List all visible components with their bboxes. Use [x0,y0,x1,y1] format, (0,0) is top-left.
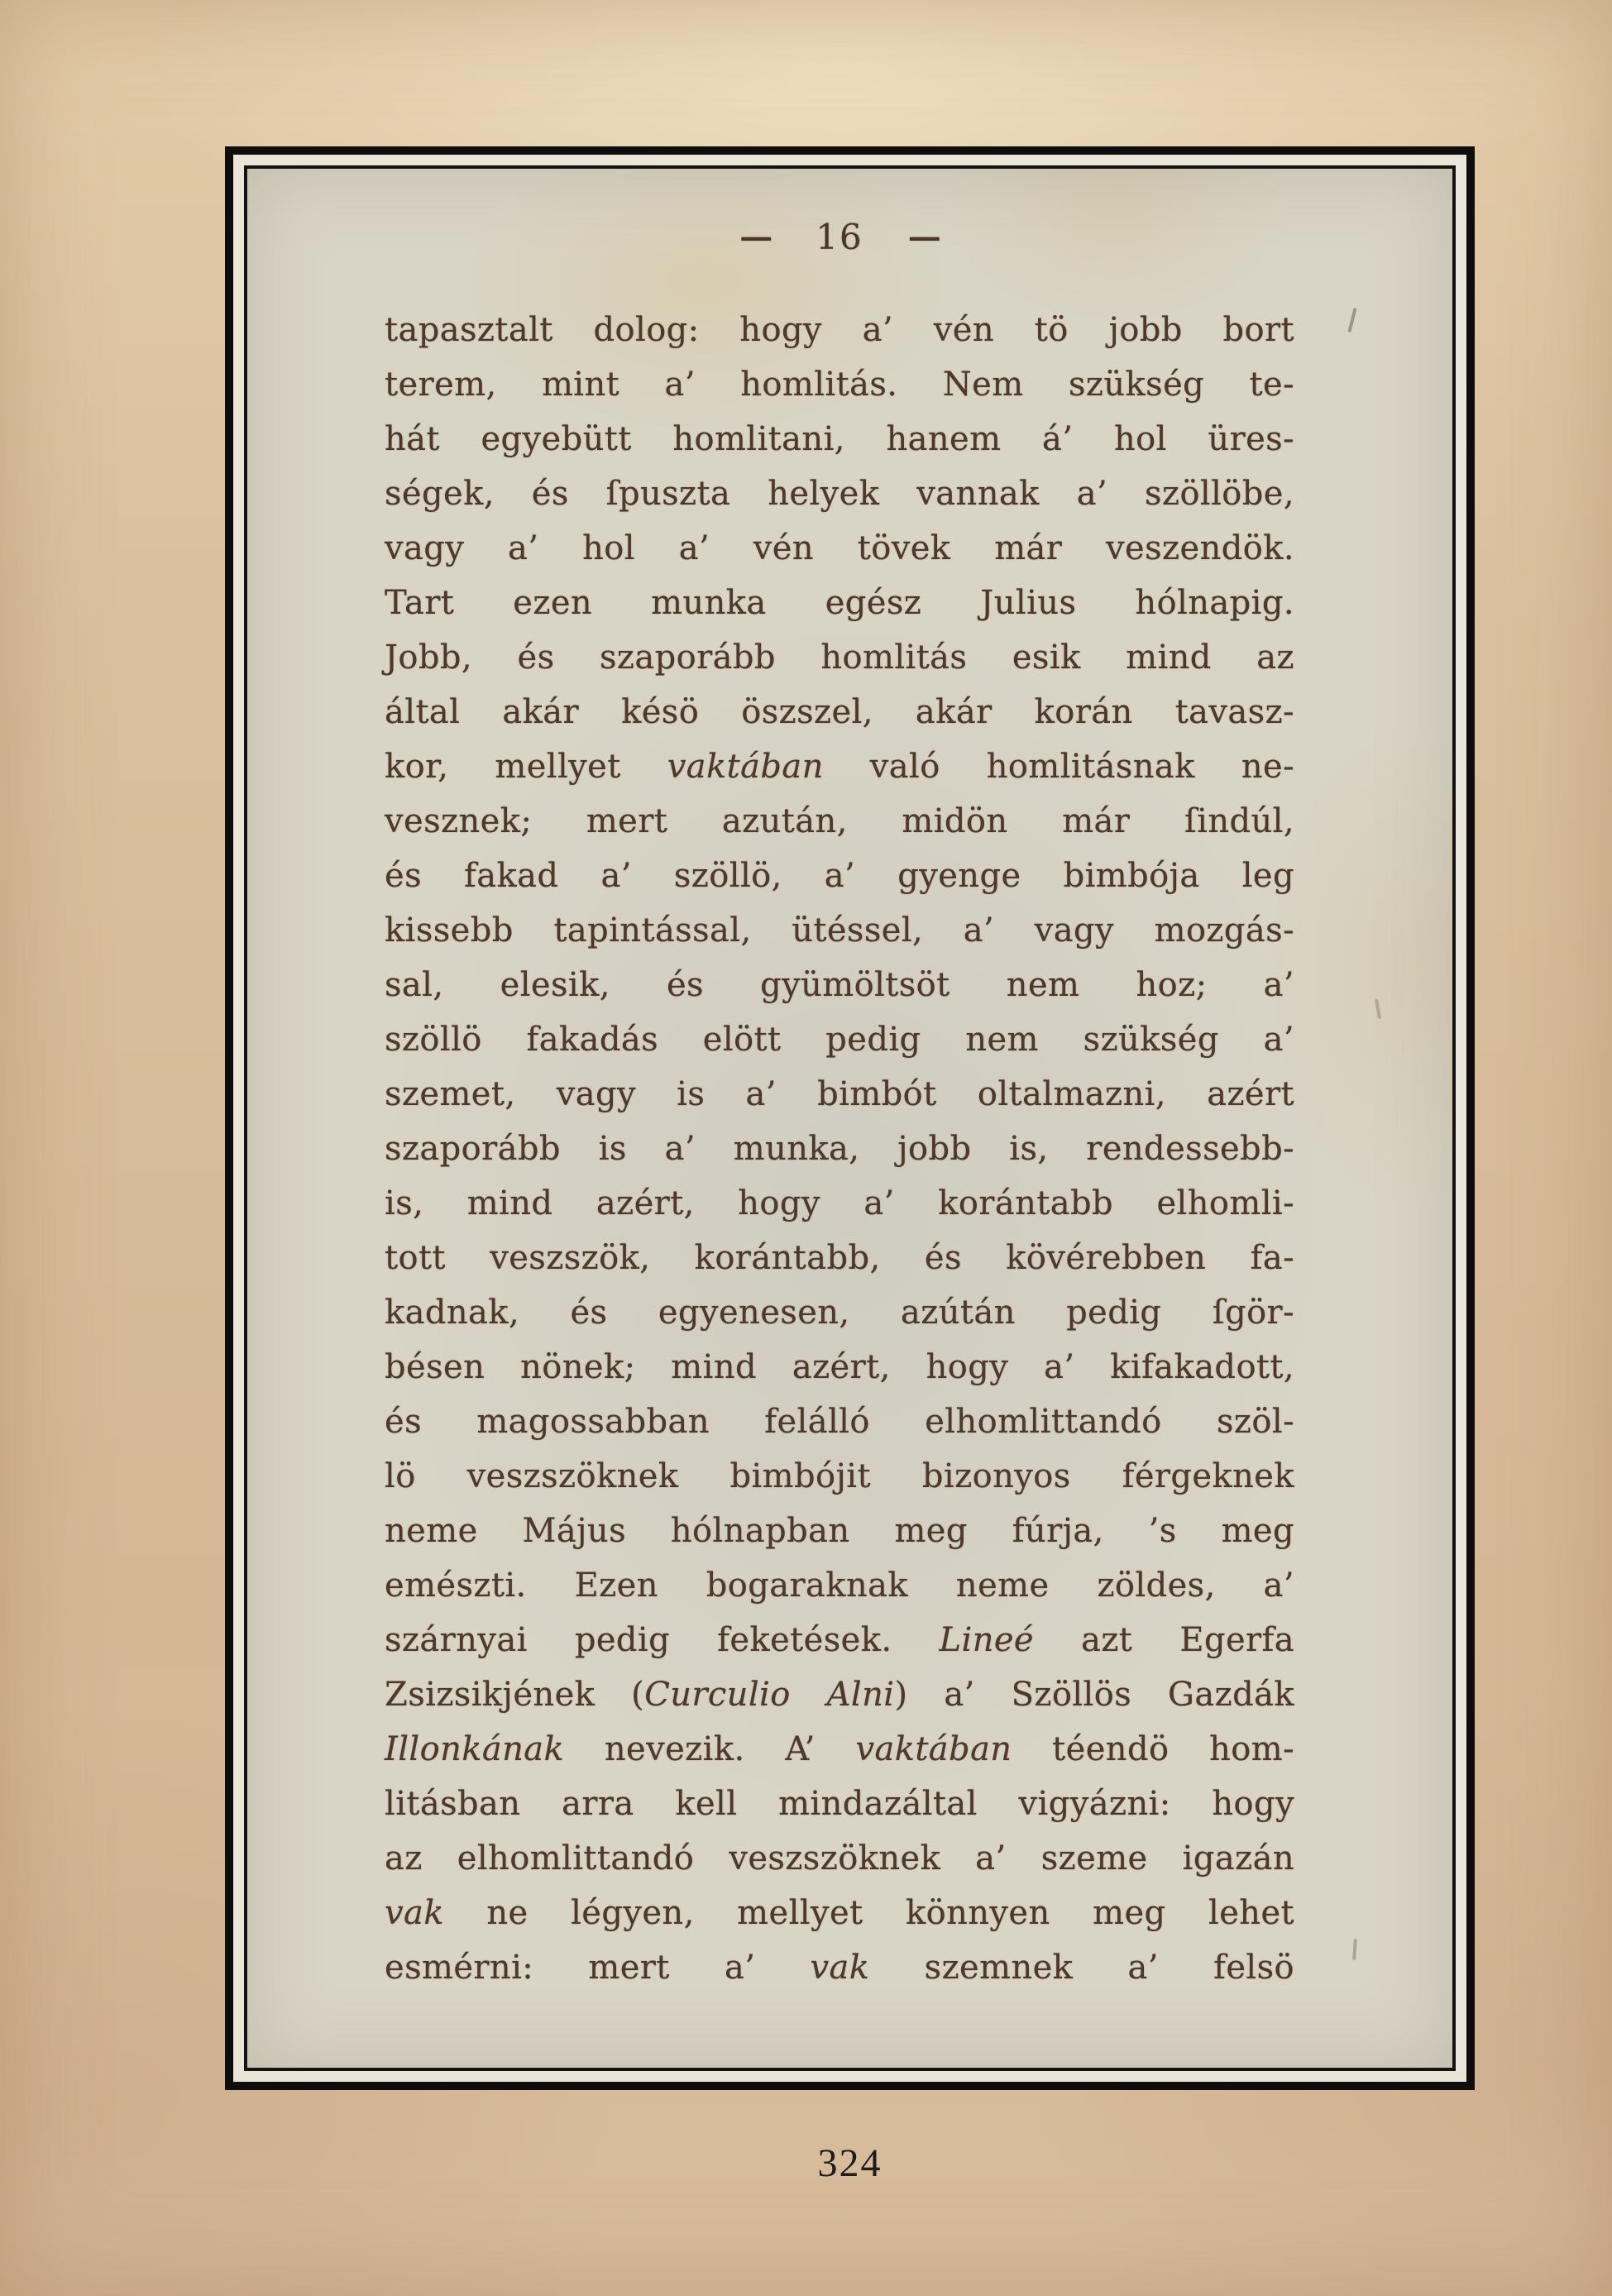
text-line: és fakad a’ szöllö, a’ gyenge bimbója le… [385,849,1294,903]
text-line: bésen nönek; mind azért, hogy a’ kifakad… [385,1340,1294,1394]
text-line: vesznek; mert azután, midön már ſindúl, [385,794,1294,849]
running-head: — 16 — [385,217,1294,257]
text-line: esmérni: mert a’ vak szemnek a’ felsö [385,1940,1294,1995]
text-lines: tapasztalt dolog: hogy a’ vén tö jobb bo… [385,303,1294,1995]
text-line: litásban arra kell mindazáltal vigyázni:… [385,1777,1294,1831]
text-line: neme Május hólnapban meg fúrja, ’s meg [385,1504,1294,1558]
text-line: emészti. Ezen bogaraknak neme zöldes, a’ [385,1558,1294,1613]
text-line: hát egyebütt homlitani, hanem á’ hol üre… [385,412,1294,466]
text-line: Zsizsikjének (Curculio Alni) a’ Szöllös … [385,1667,1294,1722]
text-line: Jobb, és szaporább homlitás esik mind az [385,630,1294,685]
text-line: lö veszszöknek bimbójit bizonyos férgekn… [385,1449,1294,1504]
header-rule-left: — [739,219,771,254]
text-line: szaporább is a’ munka, jobb is, rendesse… [385,1122,1294,1176]
text-line: szöllö fakadás elött pedig nem szükség a… [385,1012,1294,1067]
scanned-book-page: — 16 — tapasztalt dolog: hogy a’ vén tö … [0,0,1612,2296]
text-line: tapasztalt dolog: hogy a’ vén tö jobb bo… [385,303,1294,357]
text-line: kor, mellyet vaktában való homlitásnak n… [385,739,1294,794]
text-line: terem, mint a’ homlitás. Nem szükség te- [385,357,1294,412]
text-line: kissebb tapintással, ütéssel, a’ vagy mo… [385,903,1294,958]
text-line: kadnak, és egyenesen, azútán pedig ſgör- [385,1285,1294,1340]
text-line: ségek, és ſpuszta helyek vannak a’ szöll… [385,466,1294,521]
text-line: vak ne légyen, mellyet könnyen meg lehet [385,1886,1294,1940]
text-line: Tart ezen munka egész Julius hólnapig. [385,576,1294,630]
text-line: is, mind azért, hogy a’ korántabb elhoml… [385,1176,1294,1231]
text-line: az elhomlittandó veszszöknek a’ szeme ig… [385,1831,1294,1886]
text-line: szemet, vagy is a’ bimbót oltalmazni, az… [385,1067,1294,1122]
page-number-bottom: 324 [225,2141,1475,2186]
text-line: vagy a’ hol a’ vén tövek már veszendök. [385,521,1294,576]
text-line: és magossabban felálló elhomlittandó szö… [385,1394,1294,1449]
text-line: sal, elesik, és gyümöltsöt nem hoz; a’ [385,958,1294,1012]
text-line: Illonkának nevezik. A’ vaktában téendö h… [385,1722,1294,1777]
text-line: szárnyai pedig feketések. Lineé azt Eger… [385,1613,1294,1667]
text-line: tott veszszök, korántabb, és kövérebben … [385,1231,1294,1285]
text-line: által akár késö öszszel, akár korán tava… [385,685,1294,739]
page-number-top: 16 [816,217,863,257]
header-rule-right: — [908,219,940,254]
